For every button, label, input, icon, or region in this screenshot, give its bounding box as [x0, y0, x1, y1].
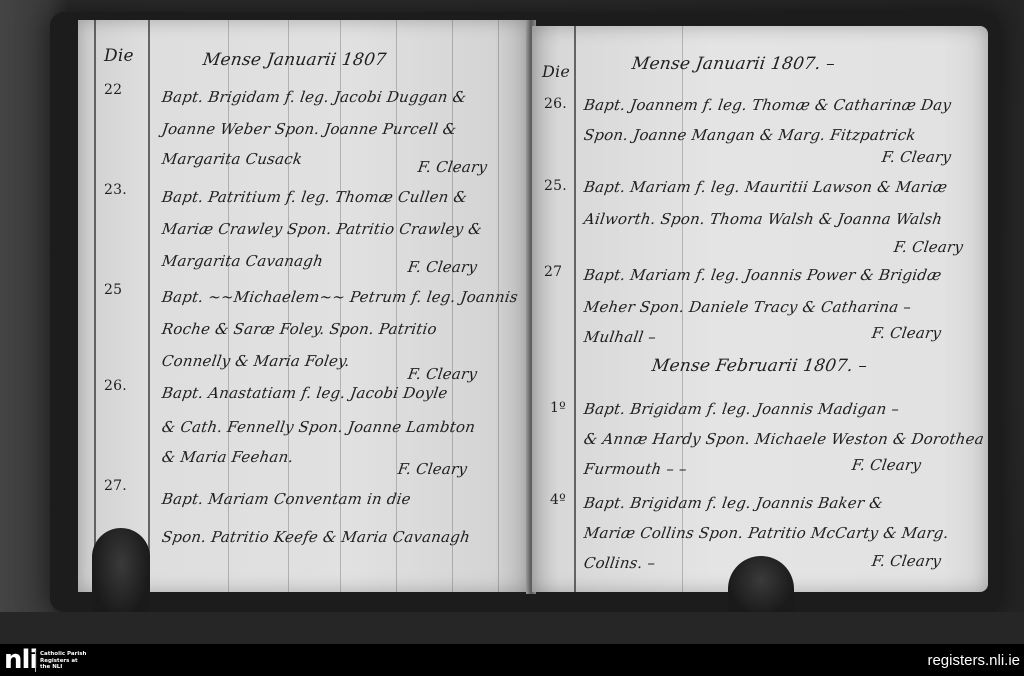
- book-clip-right: [728, 556, 794, 616]
- signature: F. Cleary: [871, 552, 943, 570]
- entry-line: Collins. –: [583, 554, 657, 572]
- entry-line: & Maria Feehan.: [161, 448, 295, 466]
- column-header: Die: [104, 46, 134, 66]
- entry-line: Joanne Weber Spon. Joanne Purcell &: [161, 120, 458, 138]
- entry-day: 23.: [104, 182, 127, 198]
- logo-divider: [35, 650, 36, 672]
- site-url-link[interactable]: registers.nli.ie: [927, 652, 1020, 669]
- day-column-rule: [148, 20, 150, 592]
- entry-line: Roche & Saræ Foley. Spon. Patritio: [161, 320, 438, 338]
- entry-line: Mariæ Crawley Spon. Patritio Crawley &: [161, 220, 483, 238]
- entry-day: 26.: [544, 96, 567, 112]
- signature: F. Cleary: [871, 324, 943, 342]
- page-rule: [498, 20, 499, 592]
- month-header-february: Mense Februarii 1807. –: [651, 356, 869, 376]
- entry-day: 22: [104, 82, 122, 98]
- entry-line: Bapt. Mariam f. leg. Mauritii Lawson & M…: [583, 178, 949, 196]
- entry-day: 25: [104, 282, 122, 298]
- right-page: Die Mense Januarii 1807. – 26. Bapt. Joa…: [532, 26, 988, 592]
- image-viewer[interactable]: Die Mense Januarii 1807 22 Bapt. Brigida…: [0, 0, 1024, 644]
- entry-line: Mulhall –: [583, 328, 658, 346]
- column-header: Die: [542, 62, 570, 81]
- entry-line: Bapt. Mariam Conventam in die: [161, 490, 412, 508]
- entry-day: 27: [544, 264, 562, 280]
- signature: F. Cleary: [881, 148, 953, 166]
- signature: F. Cleary: [417, 158, 489, 176]
- book-clip-left: [92, 528, 150, 618]
- entry-line: Furmouth – –: [583, 460, 688, 478]
- entry-day: 1º: [550, 400, 566, 416]
- entry-line: Margarita Cusack: [161, 150, 304, 168]
- entry-line: Bapt. Patritium f. leg. Thomæ Cullen &: [161, 188, 469, 206]
- entry-line: Bapt. Brigidam f. leg. Joannis Madigan –: [583, 400, 901, 418]
- signature: F. Cleary: [893, 238, 965, 256]
- entry-day: 4º: [550, 492, 566, 508]
- entry-line: Bapt. Brigidam f. leg. Jacobi Duggan &: [161, 88, 468, 106]
- signature: F. Cleary: [407, 365, 479, 383]
- entry-line: Spon. Patritio Keefe & Maria Cavanagh: [161, 528, 472, 546]
- entry-line: Connelly & Maria Foley.: [161, 352, 351, 370]
- nli-logo[interactable]: nli: [4, 649, 37, 671]
- entry-line: Bapt. Anastatiam f. leg. Jacobi Doyle: [161, 384, 449, 402]
- entry-line: Bapt. Joannem f. leg. Thomæ & Catharinæ …: [583, 96, 953, 114]
- entry-line: Ailworth. Spon. Thoma Walsh & Joanna Wal…: [583, 210, 944, 228]
- entry-line: Mariæ Collins Spon. Patritio McCarty & M…: [583, 524, 950, 542]
- logo-text-line: the NLI: [40, 664, 100, 671]
- day-column-rule: [574, 26, 576, 592]
- table-surface: [0, 612, 1024, 644]
- entry-line: & Annæ Hardy Spon. Michaele Weston & Dor…: [583, 430, 985, 448]
- month-header: Mense Januarii 1807: [202, 50, 388, 70]
- logo-text: Catholic Parish Registers at the NLI: [40, 651, 100, 671]
- entry-line: Bapt. Mariam f. leg. Joannis Power & Bri…: [583, 266, 943, 284]
- entry-line: Meher Spon. Daniele Tracy & Catharina –: [583, 298, 913, 316]
- left-page: Die Mense Januarii 1807 22 Bapt. Brigida…: [78, 20, 530, 592]
- entry-day: 26.: [104, 378, 127, 394]
- entry-line: & Cath. Fennelly Spon. Joanne Lambton: [161, 418, 477, 436]
- signature: F. Cleary: [851, 456, 923, 474]
- entry-line: Bapt. Brigidam f. leg. Joannis Baker &: [583, 494, 884, 512]
- entry-day: 27.: [104, 478, 127, 494]
- footer-bar: nli Catholic Parish Registers at the NLI…: [0, 644, 1024, 676]
- month-header: Mense Januarii 1807. –: [631, 54, 837, 74]
- entry-line: Margarita Cavanagh: [161, 252, 325, 270]
- signature: F. Cleary: [407, 258, 479, 276]
- entry-day: 25.: [544, 178, 567, 194]
- nli-logo-mark: nli: [4, 649, 37, 671]
- margin-rule: [94, 20, 96, 592]
- entry-line: Spon. Joanne Mangan & Marg. Fitzpatrick: [583, 126, 917, 144]
- entry-line: Bapt. ~~Michaelem~~ Petrum f. leg. Joann…: [161, 288, 519, 306]
- signature: F. Cleary: [397, 460, 469, 478]
